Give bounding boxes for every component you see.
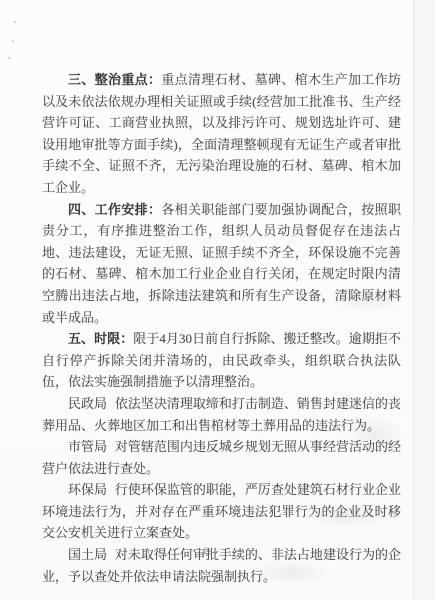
paragraph-text: 重点清理石材、墓碑、棺木生产加工作坊以及未依法依规办理相关证照或手续(经营加工批… [42, 72, 401, 195]
scan-speck [8, 57, 11, 59]
scan-speck [14, 21, 16, 23]
paragraph: 四、工作安排：各相关职能部门要加强协调配合，按照职责分工，有序推进整治工作，组织… [42, 199, 401, 329]
paper-edge [413, 0, 435, 600]
paragraph: 环保局行使环保监管的职能，严厉查处建筑石材行业企业环境违法行为，并对存在严重环境… [42, 479, 401, 544]
page-number: 2 [0, 546, 412, 556]
scanned-document-page: 三、整治重点：重点清理石材、墓碑、棺木生产加工作坊以及未依法依规办理相关证照或手… [0, 0, 435, 600]
paragraph-lead: 四、工作安排： [68, 202, 161, 217]
scan-speck [12, 40, 14, 42]
paragraph: 五、时限：限于4月30日前自行拆除、搬迁整改。逾期拒不自行停产拆除关闭并清场的，… [42, 328, 401, 393]
document-body: 三、整治重点：重点清理石材、墓碑、棺木生产加工作坊以及未依法依规办理相关证照或手… [42, 69, 401, 587]
paragraph-lead: 五、时限： [68, 331, 133, 346]
paragraph-lead: 市管局 [68, 439, 107, 454]
paragraph: 民政局依法坚决清理取缔和打击制造、销售封建迷信的丧葬用品、火葬地区加工和出售棺材… [42, 393, 401, 436]
paragraph: 三、整治重点：重点清理石材、墓碑、棺木生产加工作坊以及未依法依规办理相关证照或手… [42, 69, 401, 199]
paragraph: 市管局对管辖范围内违反城乡规划无照从事经营活动的经营户依法进行查处。 [42, 436, 401, 479]
paragraph-lead: 环保局 [68, 482, 107, 497]
paragraph-lead: 民政局 [68, 396, 107, 411]
paragraph-text: 各相关职能部门要加强协调配合，按照职责分工，有序推进整治工作，组织人员动员督促存… [42, 202, 401, 325]
paragraph-lead: 三、整治重点： [68, 72, 161, 87]
